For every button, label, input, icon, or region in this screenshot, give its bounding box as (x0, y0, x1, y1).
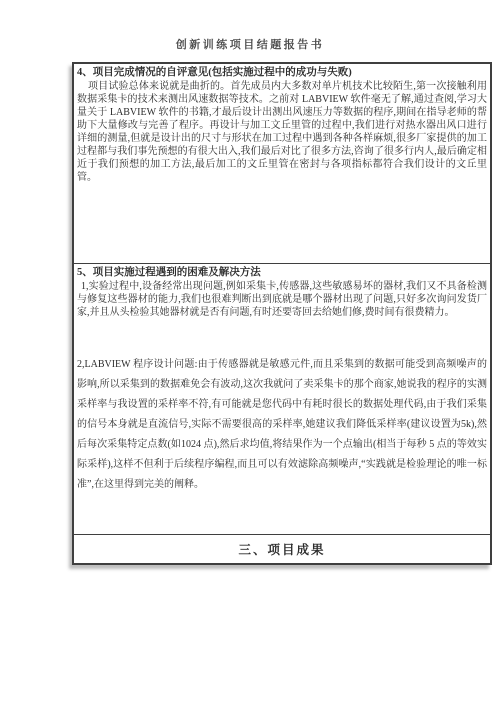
document-title: 创新训练项目结题报告书 (0, 36, 500, 52)
section-5-item-1: 1,实验过程中,设备经常出现问题,例如采集卡,传感器,这些敏感易坏的器材,我们又… (77, 280, 487, 319)
section-4-body: 项目试验总体来说就是曲折的。首先成员内大多数对单片机技术比较陌生,第一次接触利用… (77, 80, 487, 184)
section-4-heading: 4、项目完成情况的自评意见(包括实施过程中的成功与失败) (77, 66, 487, 80)
section-5-heading: 5、项目实施过程遇到的困难及解决方法 (77, 266, 487, 280)
project-results-title: 三、项目成果 (238, 540, 325, 558)
section-5-cell: 5、项目实施过程遇到的困难及解决方法 1,实验过程中,设备经常出现问题,例如采集… (74, 263, 490, 534)
section-5-item-2: 2,LABVIEW 程序设计问题:由于传感器就是敏感元件,而且采集到的数据可能受… (77, 355, 487, 495)
project-results-cell: 三、项目成果 (74, 534, 490, 563)
report-table: 4、项目完成情况的自评意见(包括实施过程中的成功与失败) 项目试验总体来说就是曲… (72, 62, 492, 565)
report-page: 创新训练项目结题报告书 4、项目完成情况的自评意见(包括实施过程中的成功与失败)… (0, 0, 500, 707)
section-4-cell: 4、项目完成情况的自评意见(包括实施过程中的成功与失败) 项目试验总体来说就是曲… (74, 64, 490, 263)
